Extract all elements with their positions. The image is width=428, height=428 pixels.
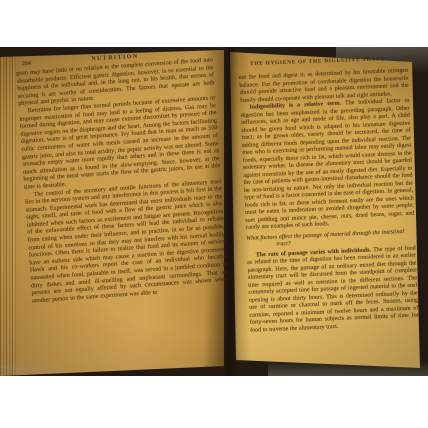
left-page-edge-stack bbox=[0, 50, 17, 376]
paragraph: Indigestibility is a relative term. The … bbox=[240, 98, 414, 233]
paragraph-body: The individual factor in digestion has b… bbox=[241, 98, 415, 231]
paragraph: The control of the secretory and motile … bbox=[24, 178, 228, 305]
book-photo: 264 NUTRITION gism may have little or no… bbox=[0, 47, 428, 376]
paragraph-body: The type of food as related to the time … bbox=[247, 245, 419, 333]
photo-frame: 264 NUTRITION gism may have little or no… bbox=[0, 0, 428, 428]
right-page-number: 265 bbox=[405, 55, 414, 61]
paragraph: Retention for longer than normal periods… bbox=[19, 95, 221, 192]
left-page-number: 264 bbox=[22, 61, 31, 67]
right-page-text: eat the food and digest it, as determine… bbox=[239, 68, 419, 335]
left-page-text: gism may have little or no relation to t… bbox=[16, 57, 229, 306]
watermark: ··· ····· ··· bbox=[1, 365, 63, 373]
paragraph: The rate of passage varies with individu… bbox=[247, 245, 419, 335]
